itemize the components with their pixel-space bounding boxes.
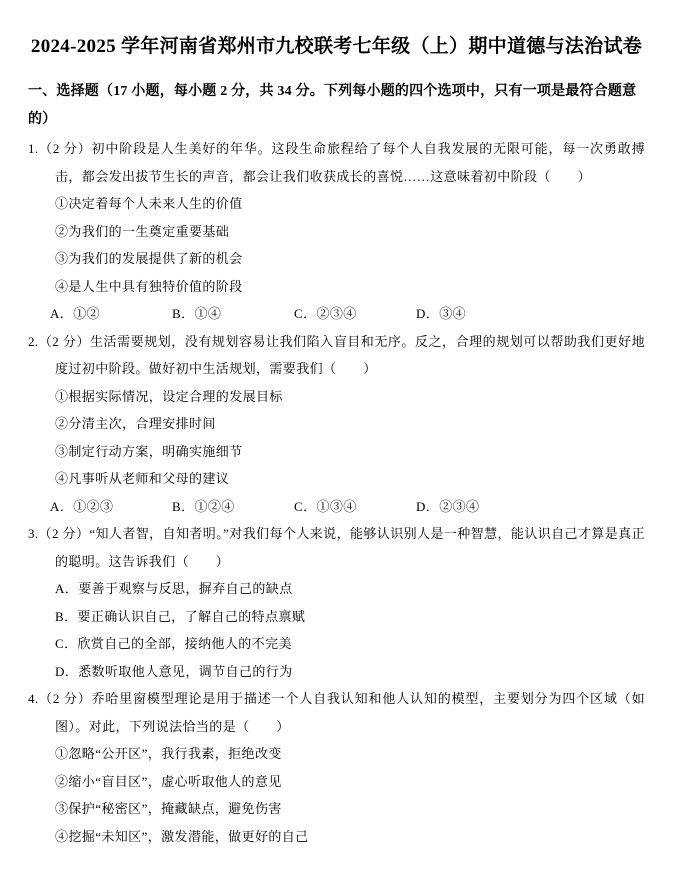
question-4-stem: 4.（2 分）乔哈里窗模型理论是用于描述一个人自我认知和他人认知的模型，主要划分…: [28, 685, 645, 740]
question-3-option-a: A．要善于观察与反思，摒弃自己的缺点: [28, 575, 645, 603]
question-3: 3.（2 分）“知人者智，自知者明。”对我们每个人来说，能够认识别人是一种智慧，…: [28, 520, 645, 685]
question-1-choice-a: A．①②: [50, 300, 172, 328]
question-4: 4.（2 分）乔哈里窗模型理论是用于描述一个人自我认知和他人认知的模型，主要划分…: [28, 685, 645, 850]
question-1-item-3: ③为我们的发展提供了新的机会: [28, 245, 645, 273]
question-1-item-2: ②为我们的一生奠定重要基础: [28, 218, 645, 246]
section-heading: 一、选择题（17 小题，每小题 2 分，共 34 分。下列每小题的四个选项中，只…: [28, 78, 645, 134]
question-2-item-2: ②分清主次，合理安排时间: [28, 410, 645, 438]
question-2: 2.（2 分）生活需要规划，没有规划容易让我们陷入盲目和无序。反之，合理的规划可…: [28, 328, 645, 521]
question-4-item-4: ④挖掘“未知区”，激发潜能，做更好的自己: [28, 823, 645, 851]
question-4-item-3: ③保护“秘密区”，掩藏缺点，避免伤害: [28, 795, 645, 823]
question-2-item-3: ③制定行动方案，明确实施细节: [28, 438, 645, 466]
question-3-stem: 3.（2 分）“知人者智，自知者明。”对我们每个人来说，能够认识别人是一种智慧，…: [28, 520, 645, 575]
question-1-choices: A．①② B．①④ C．②③④ D．③④: [28, 300, 645, 328]
exam-title: 2024-2025 学年河南省郑州市九校联考七年级（上）期中道德与法治试卷: [28, 30, 645, 64]
question-4-item-1: ①忽略“公开区”，我行我素，拒绝改变: [28, 740, 645, 768]
question-1-choice-b: B．①④: [172, 300, 294, 328]
question-1-choice-c: C．②③④: [294, 300, 416, 328]
question-1-item-4: ④是人生中具有独特价值的阶段: [28, 273, 645, 301]
question-2-choice-c: C．①③④: [294, 493, 416, 521]
question-2-choices: A．①②③ B．①②④ C．①③④ D．②③④: [28, 493, 645, 521]
question-3-option-d: D．悉数听取他人意见，调节自己的行为: [28, 658, 645, 686]
question-1-item-1: ①决定着每个人未来人生的价值: [28, 190, 645, 218]
question-3-option-b: B．要正确认识自己，了解自己的特点禀赋: [28, 603, 645, 631]
question-2-choice-b: B．①②④: [172, 493, 294, 521]
exam-paper-page: 2024-2025 学年河南省郑州市九校联考七年级（上）期中道德与法治试卷 一、…: [0, 0, 673, 879]
question-1-choice-d: D．③④: [416, 300, 466, 328]
question-2-choice-a: A．①②③: [50, 493, 172, 521]
question-2-item-4: ④凡事听从老师和父母的建议: [28, 465, 645, 493]
question-3-option-c: C．欣赏自己的全部，接纳他人的不完美: [28, 630, 645, 658]
question-2-item-1: ①根据实际情况，设定合理的发展目标: [28, 383, 645, 411]
question-1-stem: 1.（2 分）初中阶段是人生美好的年华。这段生命旅程给了每个人自我发展的无限可能…: [28, 135, 645, 190]
question-2-stem: 2.（2 分）生活需要规划，没有规划容易让我们陷入盲目和无序。反之，合理的规划可…: [28, 328, 645, 383]
question-4-item-2: ②缩小“盲目区”，虚心听取他人的意见: [28, 768, 645, 796]
question-1: 1.（2 分）初中阶段是人生美好的年华。这段生命旅程给了每个人自我发展的无限可能…: [28, 135, 645, 328]
question-2-choice-d: D．②③④: [416, 493, 479, 521]
